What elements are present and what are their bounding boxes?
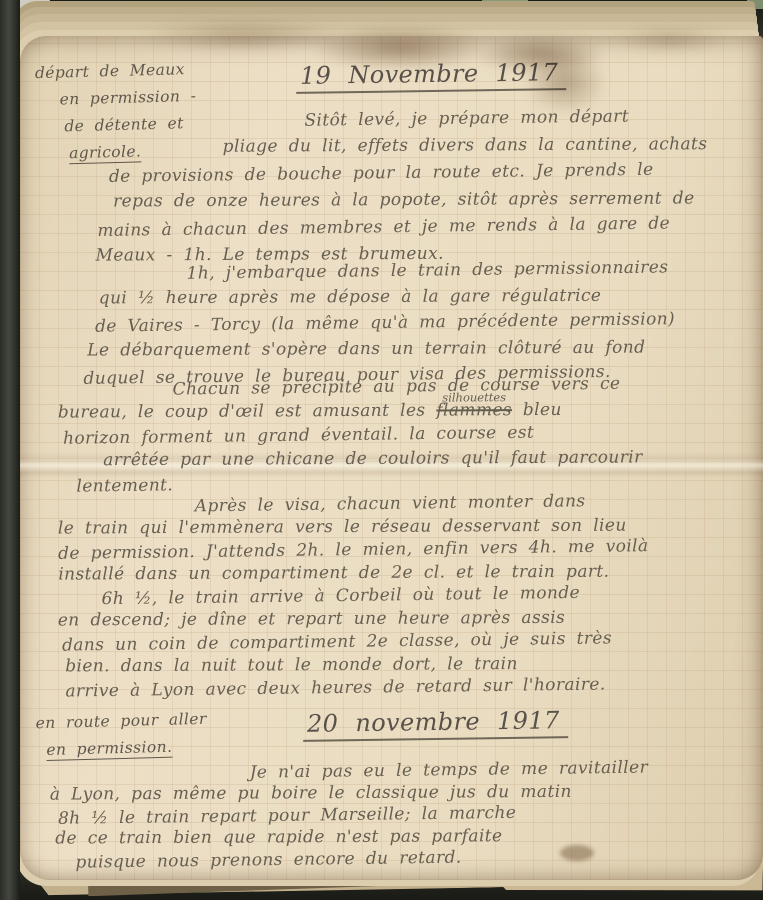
margin-note-text: en route pour aller [35,710,206,732]
notebook-cover-left-edge [0,0,20,900]
margin-note-line: en route pour aller [35,706,207,737]
margin-note-text: en permission - [59,87,196,109]
paragraph: Chacun se précipite au pas de course ver… [57,372,642,497]
notebook-page: 19 Novembre 1917départ de Meauxen permis… [20,36,763,880]
paragraph: Sitôt levé, je prépare mon départpliage … [94,103,708,270]
stain-bottom-spot [560,845,594,861]
margin-note: en route pour alleren permission. [35,706,207,764]
correction: silhouettesflammes [436,398,512,422]
notebook-photo: mat 19 Novembre 1917départ de Meauxen pe… [0,0,763,900]
handwritten-line: Sitôt levé, je prépare mon départ [304,102,707,134]
handwritten-line: Je n'ai pas eu le temps de me ravitaille… [249,757,648,784]
margin-note-line: départ de Meaux [35,56,196,87]
margin-note-text: départ de Meaux [35,60,185,82]
entry-date-header: 20 novembre 1917 [303,706,568,742]
inserted-word: silhouettes [442,385,506,409]
margin-note-text: en permission. [46,738,172,761]
paragraph: Je n'ai pas eu le temps de me ravitaille… [50,757,649,872]
entry-date-header: 19 Novembre 1917 [296,58,567,94]
paragraph: 1h, j'embarque dans le train des permiss… [74,255,675,390]
paragraph: Après le visa, chacun vient monter dansl… [58,490,649,587]
margin-note-line: en permission. [46,733,208,764]
paragraph: 6h ½, le train arrive à Corbeil où tout … [58,583,613,703]
